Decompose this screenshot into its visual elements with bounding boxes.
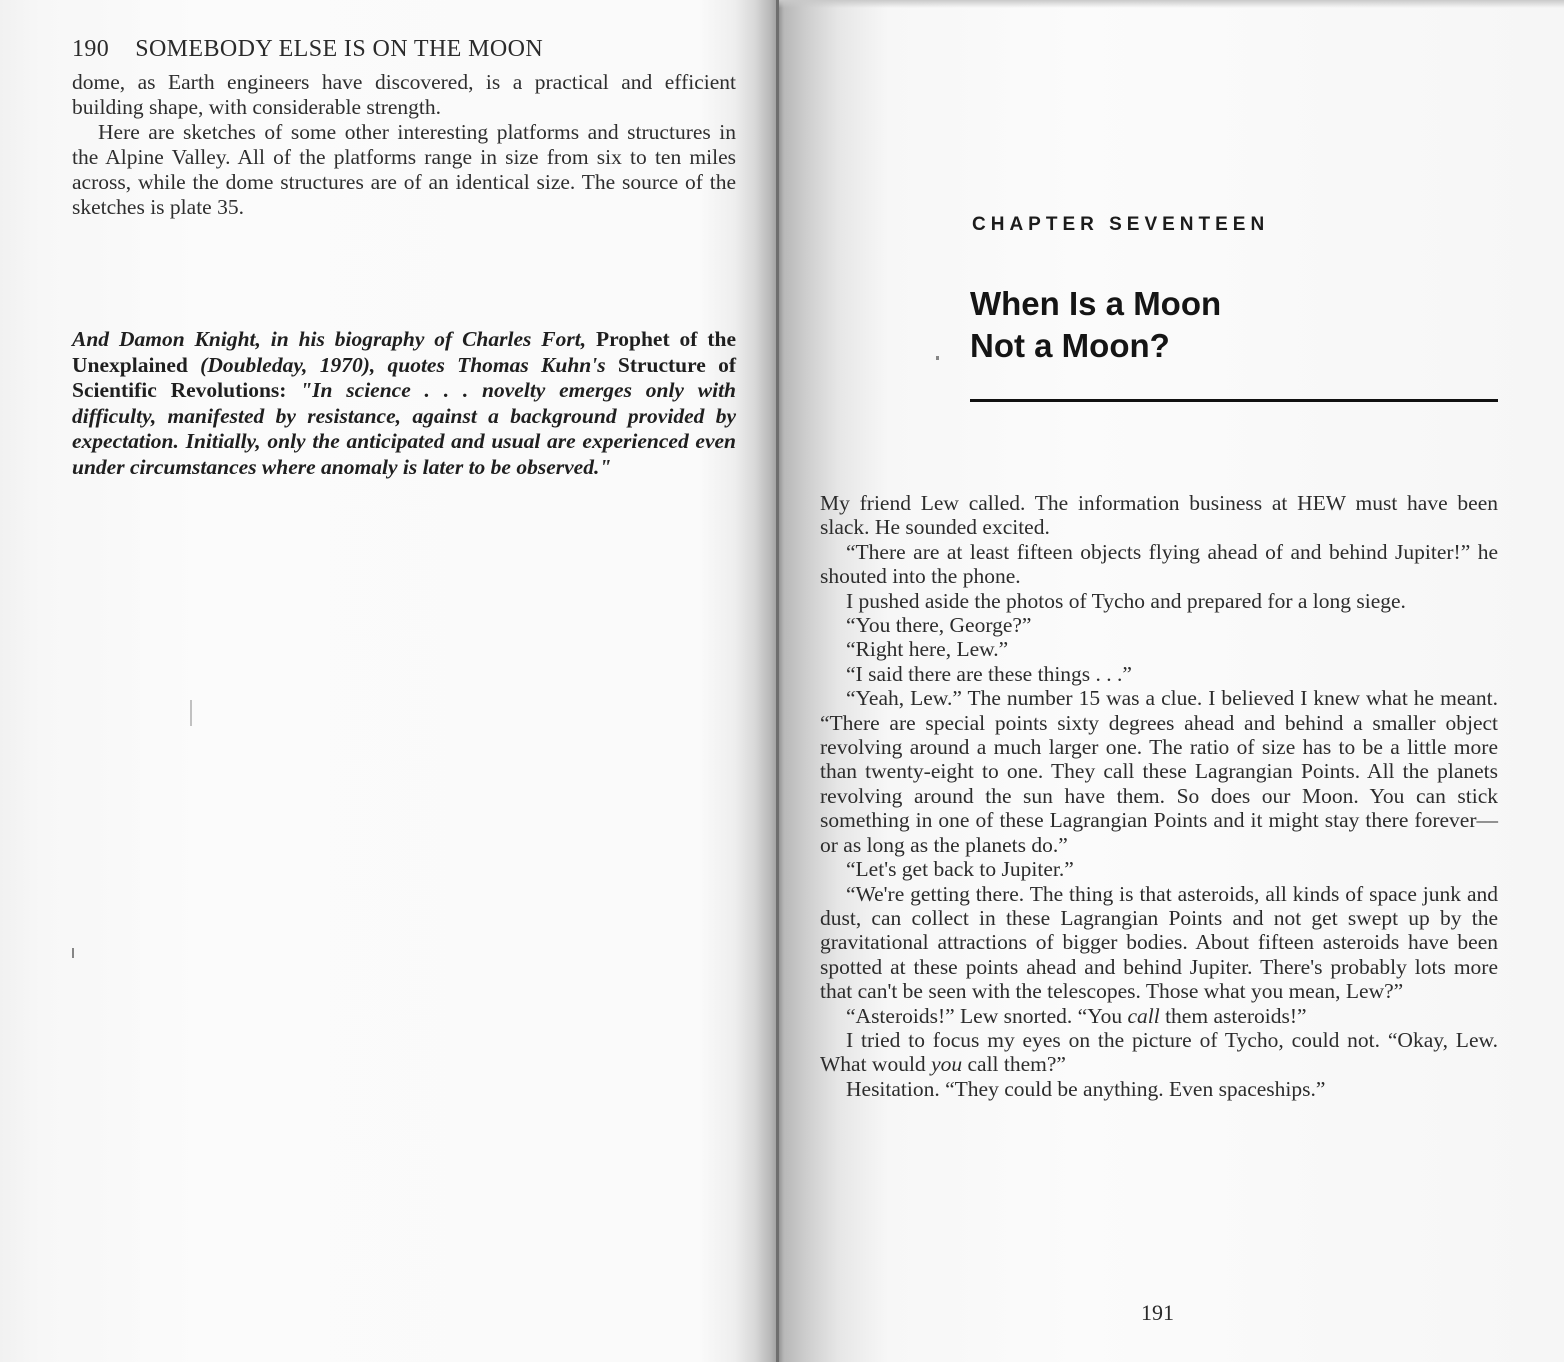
page-number-left: 190 (72, 36, 109, 62)
chapter-title: When Is a Moon Not a Moon? (970, 283, 1221, 367)
quote-intro-2: (Doubleday, 1970), quotes Thomas Kuhn's (200, 353, 605, 377)
emphasis: you (931, 1052, 962, 1076)
book-spread: 190SOMEBODY ELSE IS ON THE MOON dome, as… (0, 0, 1564, 1362)
text-run: “Asteroids!” Lew snorted. “You (846, 1004, 1127, 1028)
page-number-right: 191 (1141, 1300, 1174, 1326)
paragraph: “Asteroids!” Lew snorted. “You call them… (820, 1004, 1498, 1028)
chapter-title-line-2: Not a Moon? (970, 325, 1221, 367)
kuhn-quote-block: And Damon Knight, in his biography of Ch… (72, 327, 736, 480)
paper-speck (936, 356, 939, 360)
paragraph: I pushed aside the photos of Tycho and p… (820, 589, 1498, 613)
right-body-text: My friend Lew called. The information bu… (820, 491, 1498, 1101)
text-run: call them?” (962, 1052, 1066, 1076)
paragraph: Hesitation. “They could be anything. Eve… (820, 1077, 1498, 1101)
paragraph: “Yeah, Lew.” The number 15 was a clue. I… (820, 686, 1498, 857)
chapter-rule-divider (970, 399, 1498, 402)
paragraph: “Let's get back to Jupiter.” (820, 857, 1498, 881)
paragraph: “There are at least fifteen objects flyi… (820, 540, 1498, 589)
paragraph: “You there, George?” (820, 613, 1498, 637)
running-head: 190SOMEBODY ELSE IS ON THE MOON (72, 36, 543, 63)
text-run: I tried to focus my eyes on the picture … (820, 1028, 1498, 1076)
left-page: 190SOMEBODY ELSE IS ON THE MOON dome, as… (0, 0, 778, 1362)
paragraph: Here are sketches of some other interest… (72, 120, 736, 220)
chapter-label: CHAPTER SEVENTEEN (972, 214, 1269, 236)
book-spine-gutter (776, 0, 779, 1362)
book-title-header: SOMEBODY ELSE IS ON THE MOON (135, 36, 543, 62)
emphasis: call (1127, 1004, 1159, 1028)
paragraph: dome, as Earth engineers have discovered… (72, 70, 736, 120)
paper-speck (72, 948, 74, 958)
paragraph: I tried to focus my eyes on the picture … (820, 1028, 1498, 1077)
paragraph: My friend Lew called. The information bu… (820, 491, 1498, 540)
paragraph: “Right here, Lew.” (820, 637, 1498, 661)
quote-intro: And Damon Knight, in his biography of Ch… (72, 327, 586, 351)
chapter-title-line-1: When Is a Moon (970, 283, 1221, 325)
paragraph: “I said there are these things . . .” (820, 662, 1498, 686)
paper-speck (190, 700, 192, 726)
paragraph: “We're getting there. The thing is that … (820, 882, 1498, 1004)
left-body-text: dome, as Earth engineers have discovered… (72, 70, 736, 220)
text-run: them asteroids!” (1160, 1004, 1307, 1028)
quote-paragraph: And Damon Knight, in his biography of Ch… (72, 327, 736, 480)
